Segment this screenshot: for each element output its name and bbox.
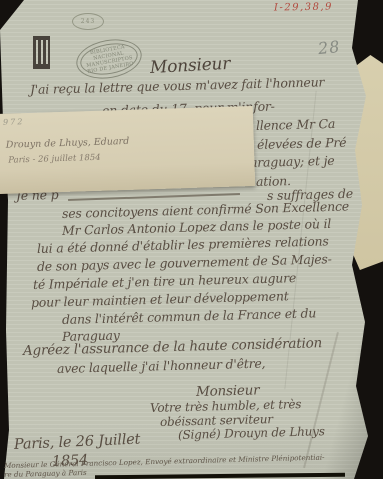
slip-pencil-number: 972 bbox=[3, 117, 25, 127]
salutation: Monsieur bbox=[149, 54, 230, 78]
letter-line-fragment: araguay; et je bbox=[250, 153, 335, 170]
page-number-pencil: 28 bbox=[317, 37, 341, 58]
archival-slip: 972 Drouyn de Lhuys, Eduard Paris - 26 j… bbox=[0, 106, 255, 194]
oval-number-stamp: 243 bbox=[72, 13, 104, 30]
letter-line-fragment: élevées de Pré bbox=[257, 135, 347, 152]
closing-salutation: Monsieur bbox=[196, 382, 260, 400]
collection-emblem-stamp bbox=[33, 36, 50, 69]
manuscript-scan: I-29,38,9 28 243 BIBLIOTECA NACIONAL MAN… bbox=[0, 0, 383, 479]
letter-line-fragment: llence Mr Ca bbox=[256, 116, 336, 133]
slip-date: Paris - 26 juillet 1854 bbox=[8, 153, 101, 166]
catalog-number-red: I-29,38,9 bbox=[274, 1, 333, 13]
slip-title: Drouyn de Lhuys, Eduard bbox=[6, 136, 130, 151]
